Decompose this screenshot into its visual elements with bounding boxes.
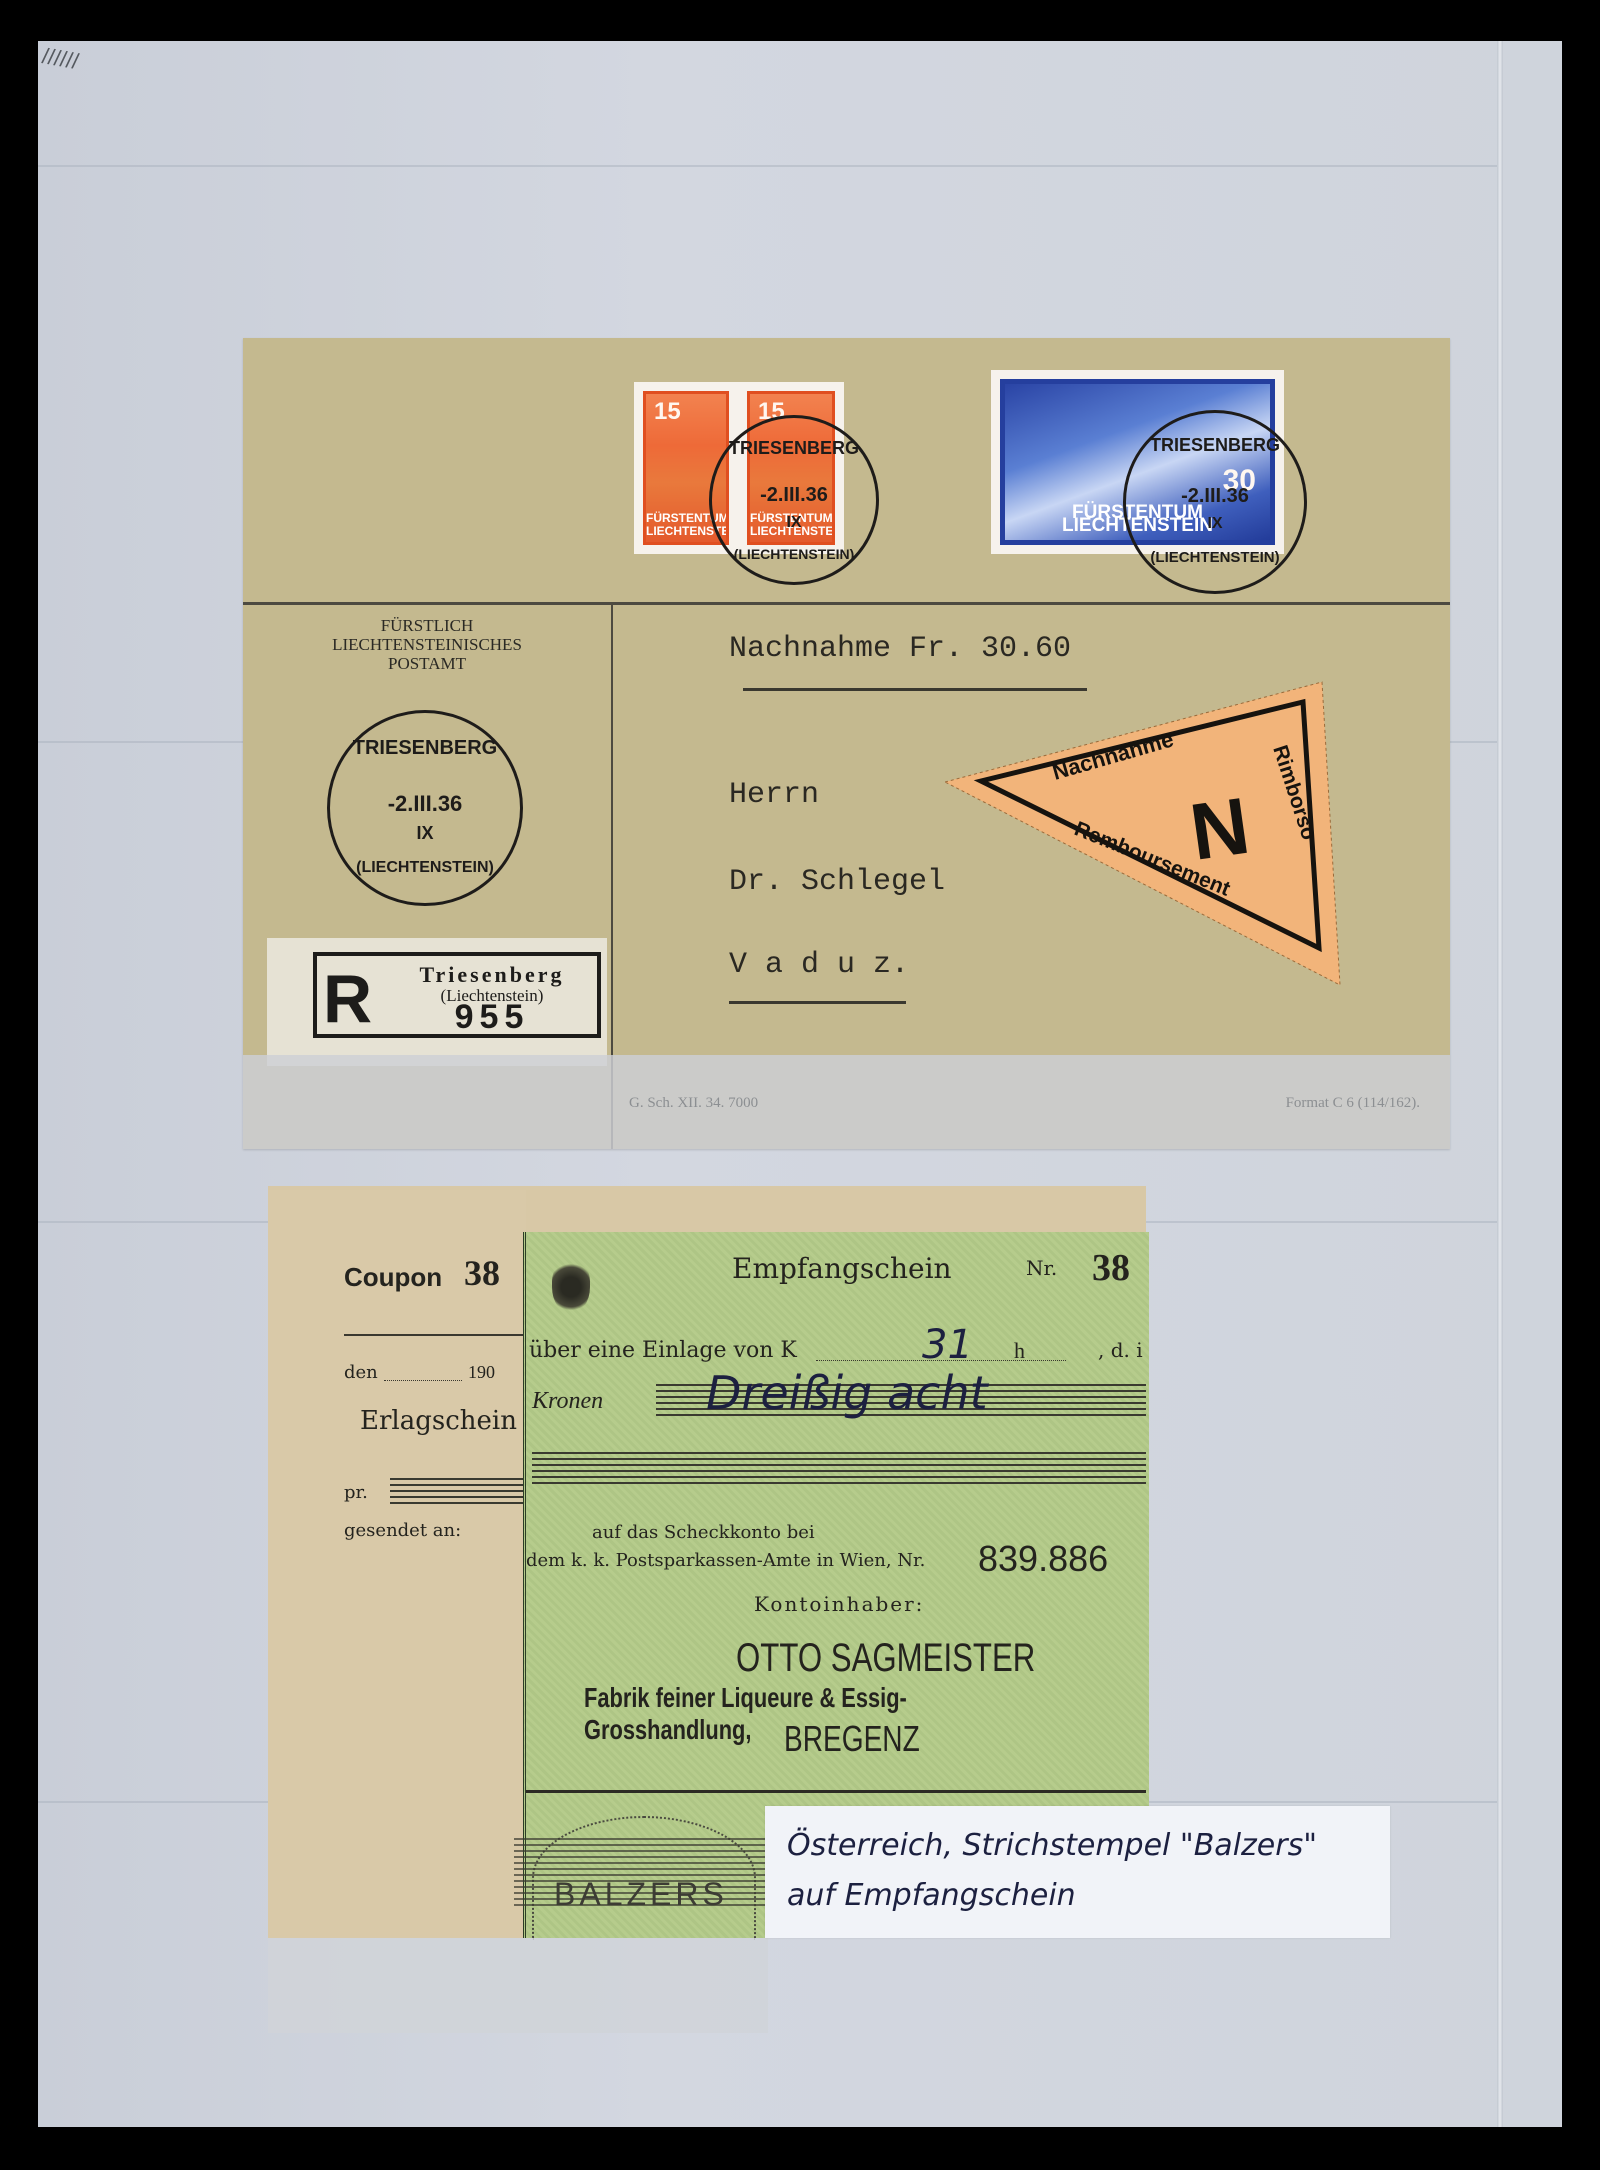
receipt-rule — [526, 1790, 1146, 1793]
double-eagle-icon — [552, 1260, 590, 1314]
stock-strip-overlay — [268, 1938, 768, 2033]
d-i-label: , d. i — [1098, 1338, 1143, 1362]
address-line-3: V a d u z. — [729, 948, 909, 982]
album-note-card: Österreich, Strichstempel "Balzers" auf … — [765, 1806, 1390, 1938]
holder-city: BREGENZ — [784, 1718, 920, 1760]
coupon-label: Coupon — [344, 1262, 442, 1293]
edge-marks: ////// — [40, 43, 81, 75]
coupon-number: 38 — [464, 1252, 500, 1294]
address-line-1: Herrn — [729, 778, 819, 812]
cod-amount: Nachnahme Fr. 30.60 — [729, 632, 1071, 666]
erlagschein-label: Erlagschein — [360, 1406, 517, 1436]
year-prefix: 190 — [468, 1362, 495, 1383]
imprint-right: Format C 6 (114/162). — [1286, 1095, 1420, 1112]
einlage-label: über eine Einlage von K — [529, 1338, 797, 1363]
nr-value: 38 — [1092, 1246, 1130, 1290]
nr-label: Nr. — [1026, 1256, 1057, 1280]
sender-block: FÜRSTLICH LIECHTENSTEINISCHES POSTAMT — [243, 616, 611, 673]
scheck-line-2: dem k. k. Postsparkassen-Amte in Wien, N… — [526, 1550, 925, 1571]
registration-r: R — [323, 960, 372, 1038]
coupon-rule — [344, 1334, 526, 1336]
den-label: den — [344, 1362, 378, 1383]
note-line-1: Österreich, Strichstempel "Balzers" — [787, 1828, 1317, 1863]
h-label: h — [1014, 1338, 1025, 1364]
holder-name: OTTO SAGMEISTER — [736, 1636, 1035, 1681]
stamp-value: 15 — [654, 398, 681, 426]
page-binding-divider — [1497, 41, 1503, 2127]
coupon-stub[interactable]: Coupon 38 den 190 Erlagschein pr. gesend… — [268, 1190, 526, 1938]
balzers-cancel: BALZERS — [532, 1816, 756, 1940]
cover-horizontal-rule — [243, 602, 1450, 605]
amount-words[interactable]: Dreißig acht — [706, 1366, 988, 1420]
cod-letter: N — [1185, 781, 1255, 877]
second-hatch — [532, 1452, 1146, 1486]
date-line — [384, 1380, 462, 1381]
amount-k[interactable]: 31 — [922, 1322, 973, 1368]
account-number: 839.886 — [978, 1538, 1108, 1580]
registration-number: 955 — [387, 998, 597, 1037]
note-line-2: auf Empfangschein — [787, 1878, 1076, 1913]
imprint-left: G. Sch. XII. 34. 7000 — [629, 1095, 758, 1112]
pr-hatch — [390, 1478, 526, 1504]
stock-strip-overlay: G. Sch. XII. 34. 7000 Format C 6 (114/16… — [243, 1055, 1450, 1149]
registration-label[interactable]: R Triesenberg (Liechtenstein) 955 — [267, 938, 607, 1066]
gesendet-label: gesendet an: — [344, 1520, 461, 1541]
pr-label: pr. — [344, 1482, 368, 1503]
registration-town: Triesenberg — [387, 962, 597, 988]
kontoinhaber-label: Kontoinhaber: — [754, 1592, 924, 1616]
kronen-label: Kronen — [532, 1388, 603, 1415]
registration-label-frame: R Triesenberg (Liechtenstein) 955 — [313, 952, 601, 1038]
postmark-triesenberg-office: TRIESENBERG -2.III.36 IX (LIECHTENSTEIN) — [327, 710, 523, 906]
stock-strip-line — [38, 165, 1498, 167]
address-underline — [729, 1001, 906, 1004]
postmark-triesenberg: TRIESENBERG -2.III.36 IX (LIECHTENSTEIN) — [709, 415, 879, 585]
receipt-title: Empfangschein — [732, 1252, 952, 1285]
scheck-line-1: auf das Scheckkonto bei — [592, 1522, 815, 1543]
address-line-2: Dr. Schlegel — [729, 865, 945, 899]
postmark-triesenberg: TRIESENBERG -2.III.36 IX (LIECHTENSTEIN) — [1123, 410, 1307, 594]
cod-label[interactable]: Nachnahme N Remboursement Rimborso — [945, 680, 1345, 990]
